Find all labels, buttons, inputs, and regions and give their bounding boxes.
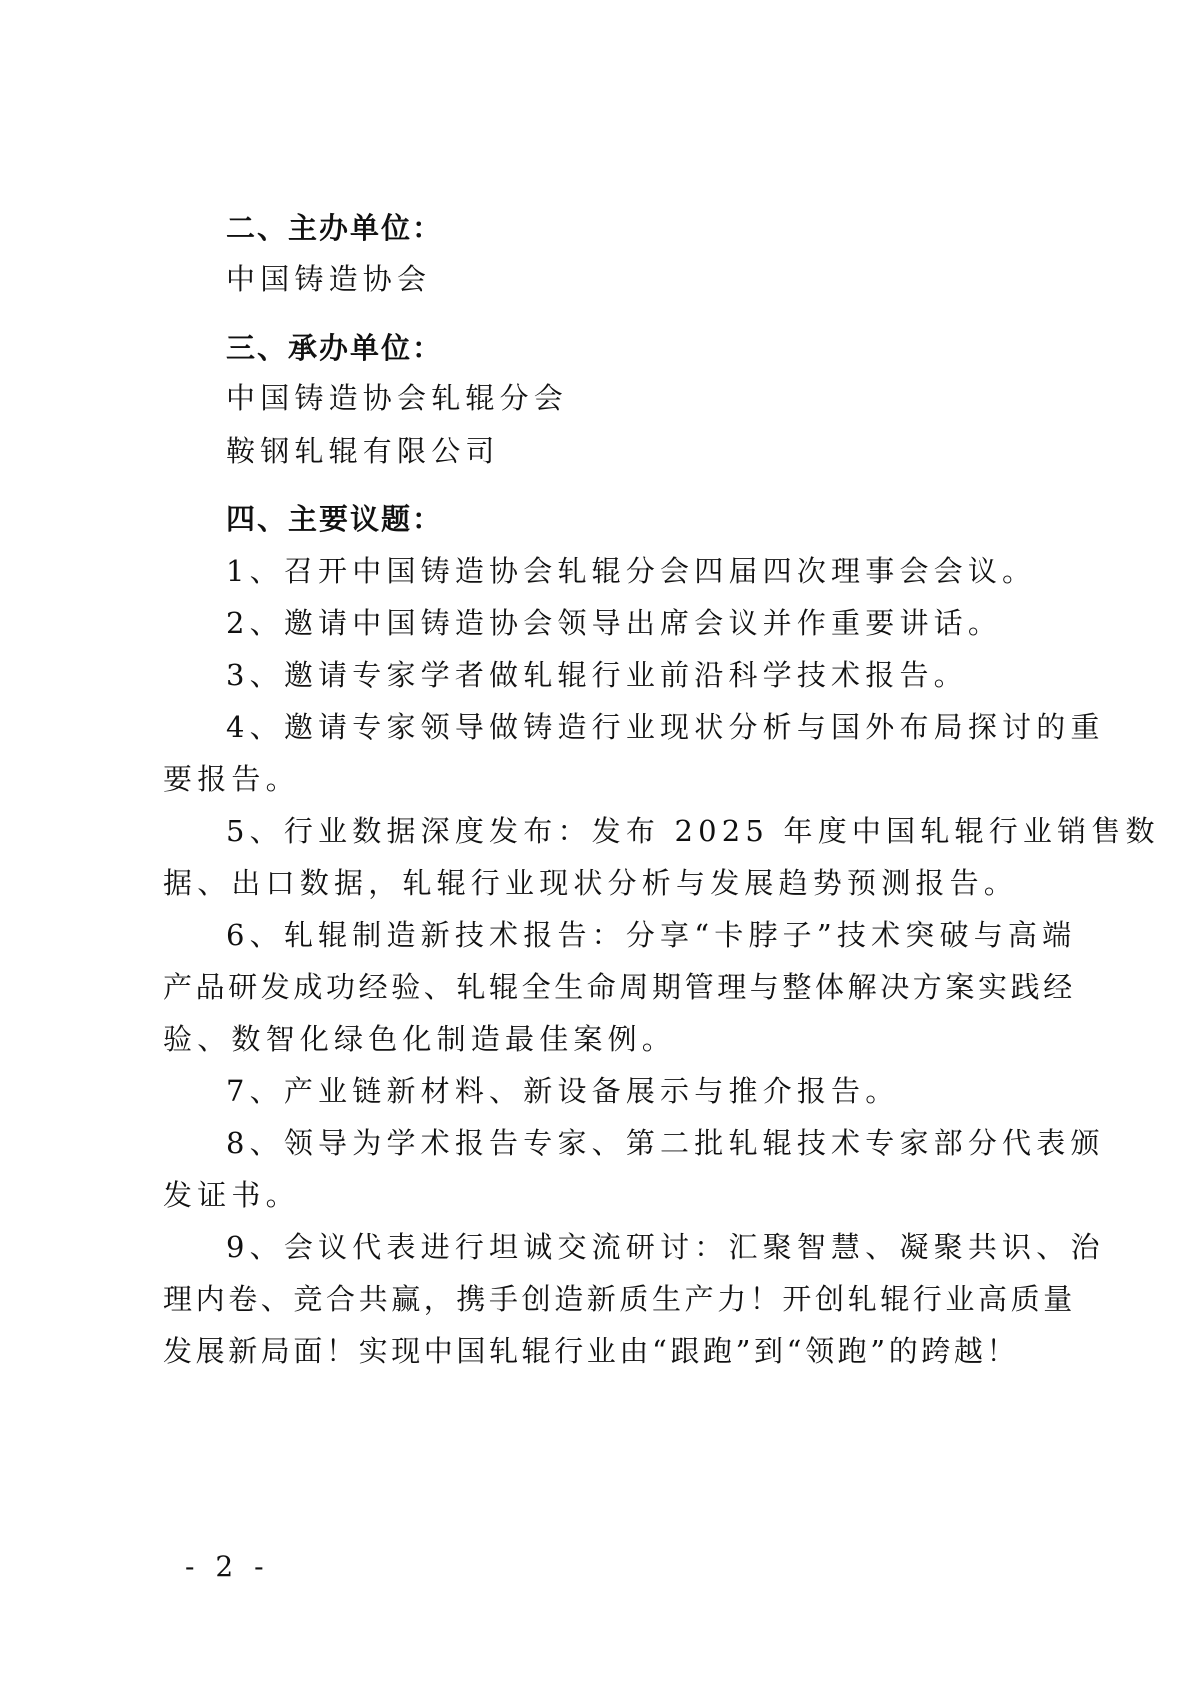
topic-item-6-line-3: 验、数智化绿色化制造最佳案例。 [163, 1025, 676, 1054]
page-number: - 2 - [185, 1553, 270, 1581]
topic-item-3: 3、邀请专家学者做轧辊行业前沿科学技术报告。 [226, 661, 968, 690]
topic-item-8-line-2: 发证书。 [163, 1181, 300, 1210]
topic-item-9-line-3: 发展新局面！实现中国轧辊行业由“跟跑”到“领跑”的跨越！ [163, 1337, 1019, 1366]
topic-item-4-line-1: 4、邀请专家领导做铸造行业现状分析与国外布局探讨的重 [226, 713, 1105, 742]
topic-item-9-line-2: 理内卷、竞合共赢，携手创造新质生产力！开创轧辊行业高质量 [163, 1285, 1076, 1314]
section-heading-organizer: 二、主办单位： [226, 214, 443, 243]
topic-item-1: 1、召开中国铸造协会轧辊分会四届四次理事会会议。 [226, 557, 1036, 586]
topic-item-4-line-2: 要报告。 [163, 765, 300, 794]
topic-item-8-line-1: 8、领导为学术报告专家、第二批轧辊技术专家部分代表颁 [226, 1129, 1105, 1158]
co-organizer-name-1: 中国铸造协会轧辊分会 [226, 384, 568, 413]
topic-item-5-line-2: 据、出口数据，轧辊行业现状分析与发展趋势预测报告。 [163, 869, 1018, 898]
organizer-name: 中国铸造协会 [226, 265, 431, 294]
section-heading-topics: 四、主要议题： [226, 505, 443, 534]
topic-item-6-line-2: 产品研发成功经验、轧辊全生命周期管理与整体解决方案实践经 [163, 973, 1076, 1002]
document-page: 二、主办单位： 中国铸造协会 三、承办单位： 中国铸造协会轧辊分会 鞍钢轧辊有限… [0, 0, 1200, 1697]
topic-item-6-line-1: 6、轧辊制造新技术报告：分享“卡脖子”技术突破与高端 [226, 921, 1076, 950]
topic-item-5-line-1: 5、行业数据深度发布：发布 2025 年度中国轧辊行业销售数 [226, 817, 1160, 846]
section-heading-co-organizer: 三、承办单位： [226, 334, 443, 363]
topic-item-7: 7、产业链新材料、新设备展示与推介报告。 [226, 1077, 899, 1106]
topic-item-2: 2、邀请中国铸造协会领导出席会议并作重要讲话。 [226, 609, 1002, 638]
co-organizer-name-2: 鞍钢轧辊有限公司 [226, 437, 500, 466]
topic-item-9-line-1: 9、会议代表进行坦诚交流研讨：汇聚智慧、凝聚共识、治 [226, 1233, 1105, 1262]
